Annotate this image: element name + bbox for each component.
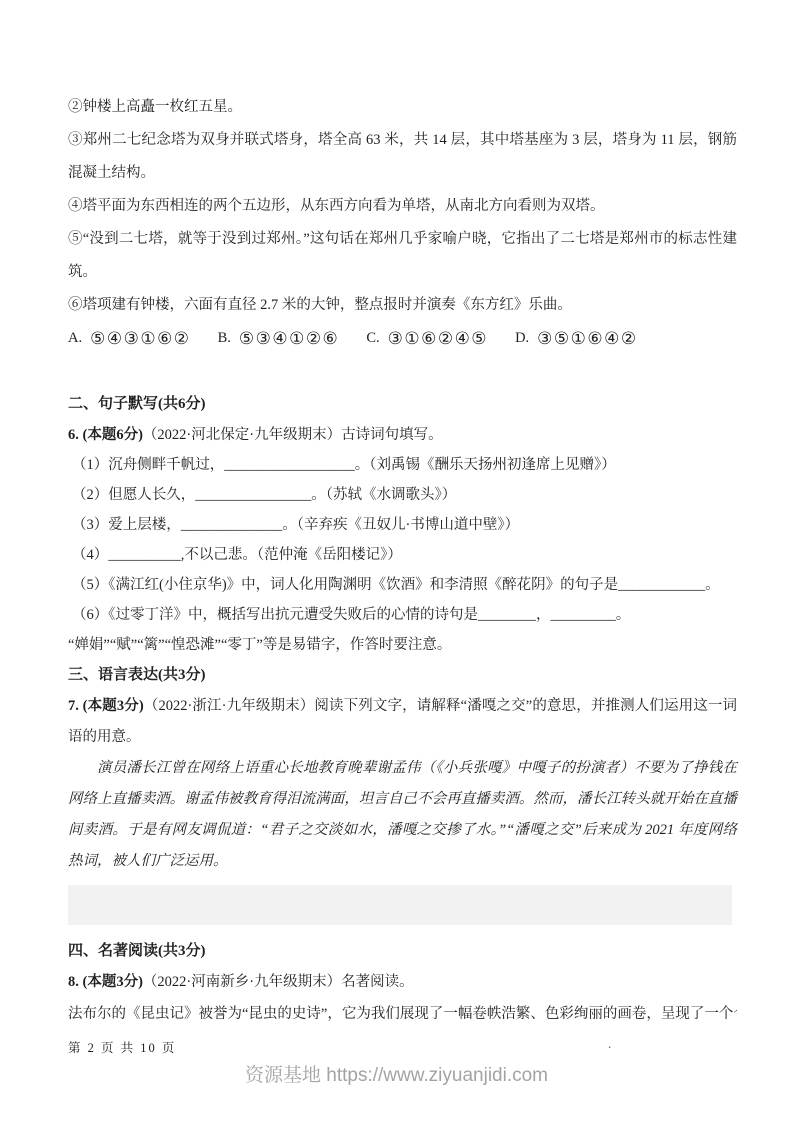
q6-blank-6: （6）《过零丁洋》中，概括写出抗元遭受失败后的心情的诗句是________，__… <box>68 600 737 630</box>
q8-passage-start: 法布尔的《昆虫记》被誉为“昆虫的史诗”，它为我们展现了一幅卷帙浩繁、色彩绚丽的画… <box>68 998 737 1031</box>
section2-heading: 二、句子默写(共6分) <box>68 389 737 420</box>
q7-passage: 演员潘长江曾在网络上语重心长地教育晚辈谢孟伟（《小兵张嘎》中嘎子的扮演者）不要为… <box>68 753 737 877</box>
choice-d-label: D. <box>515 322 529 355</box>
q5-item-2: ②钟楼上高矗一枚红五星。 <box>68 91 737 124</box>
q7-source: （2022·浙江·九年级期末）阅读下列文字，请解释“潘嘎之交”的意思，并推测人们… <box>68 698 737 745</box>
exam-document-page: ②钟楼上高矗一枚红五星。 ③郑州二七纪念塔为双身并联式塔身，塔全高 63 米，共… <box>0 0 793 1122</box>
q7-stem: 7. (本题3分)（2022·浙江·九年级期末）阅读下列文字，请解释“潘嘎之交”… <box>68 691 737 753</box>
question7-block: 7. (本题3分)（2022·浙江·九年级期末）阅读下列文字，请解释“潘嘎之交”… <box>68 691 737 925</box>
choice-d-sequence: ③⑤①⑥④② <box>537 322 637 355</box>
choice-c: C. ③①⑥②④⑤ <box>366 322 488 355</box>
q6-source: （2022·河北保定·九年级期末）古诗词句填写。 <box>143 427 443 443</box>
q5-item-5: ⑤“没到二七塔，就等于没到过郑州。”这句话在郑州几乎家喻户晓，它指出了二七塔是郑… <box>68 223 737 289</box>
choice-a-label: A. <box>68 322 82 355</box>
q6-number: 6. (本题6分) <box>68 427 143 443</box>
choice-c-label: C. <box>366 322 379 355</box>
q7-number: 7. (本题3分) <box>68 698 144 714</box>
choice-b: B. ⑤③④①②⑥ <box>218 322 340 355</box>
q5-item-3: ③郑州二七纪念塔为双身并联式塔身，塔全高 63 米，共 14 层，其中塔基座为 … <box>68 124 737 190</box>
page-content: ②钟楼上高矗一枚红五星。 ③郑州二七纪念塔为双身并联式塔身，塔全高 63 米，共… <box>0 0 793 1031</box>
q6-blank-1: （1）沉舟侧畔千帆过，__________________。（刘禹锡《酬乐天扬州… <box>68 450 737 480</box>
section3-heading: 三、语言表达(共3分) <box>68 660 737 691</box>
q6-blank-5: （5）《满江红(小住京华)》中，词人化用陶渊明《饮酒》和李清照《醉花阴》的句子是… <box>68 570 737 600</box>
question6-block: 6. (本题6分)（2022·河北保定·九年级期末）古诗词句填写。 （1）沉舟侧… <box>68 420 737 660</box>
question8-block: 8. (本题3分)（2022·河南新乡·九年级期末）名著阅读。 法布尔的《昆虫记… <box>68 967 737 1031</box>
site-watermark: 资源基地 https://www.ziyuanjidi.com <box>0 1060 793 1087</box>
q5-choices-row: A. ⑤④③①⑥② B. ⑤③④①②⑥ C. ③①⑥②④⑤ D. ③⑤①⑥④② <box>68 322 737 355</box>
q6-stem: 6. (本题6分)（2022·河北保定·九年级期末）古诗词句填写。 <box>68 420 737 450</box>
q8-number: 8. (本题3分) <box>68 974 143 990</box>
choice-b-label: B. <box>218 322 231 355</box>
q6-blank-2: （2）但愿人长久，________________。（苏轼《水调歌头》） <box>68 480 737 510</box>
q5-item-4: ④塔平面为东西相连的两个五边形，从东西方向看为单塔，从南北方向看则为双塔。 <box>68 190 737 223</box>
choice-b-sequence: ⑤③④①②⑥ <box>239 322 339 355</box>
q6-blank-4: （4）__________,不以己悲。（范仲淹《岳阳楼记》） <box>68 540 737 570</box>
choice-c-sequence: ③①⑥②④⑤ <box>388 322 488 355</box>
answer-area-box <box>68 885 732 925</box>
q8-source: （2022·河南新乡·九年级期末）名著阅读。 <box>143 974 414 990</box>
stray-dot: . <box>608 1036 611 1052</box>
choice-a-sequence: ⑤④③①⑥② <box>90 322 190 355</box>
q5-item-6: ⑥塔项建有钟楼，六面有直径 2.7 米的大钟，整点报时并演奏《东方红》乐曲。 <box>68 289 737 322</box>
section4-heading: 四、名著阅读(共3分) <box>68 936 737 967</box>
q8-stem: 8. (本题3分)（2022·河南新乡·九年级期末）名著阅读。 <box>68 967 737 998</box>
q6-note: “婵娟”“赋”“篱”“惶恐滩”“零丁”等是易错字，作答时要注意。 <box>68 630 737 660</box>
q6-blank-3: （3）爱上层楼，______________。（辛弃疾《丑奴儿·书博山道中壁》） <box>68 510 737 540</box>
page-number: 第 2 页 共 10 页 <box>68 1038 176 1056</box>
choice-a: A. ⑤④③①⑥② <box>68 322 191 355</box>
choice-d: D. ③⑤①⑥④② <box>515 322 638 355</box>
question5-block: ②钟楼上高矗一枚红五星。 ③郑州二七纪念塔为双身并联式塔身，塔全高 63 米，共… <box>68 91 737 355</box>
